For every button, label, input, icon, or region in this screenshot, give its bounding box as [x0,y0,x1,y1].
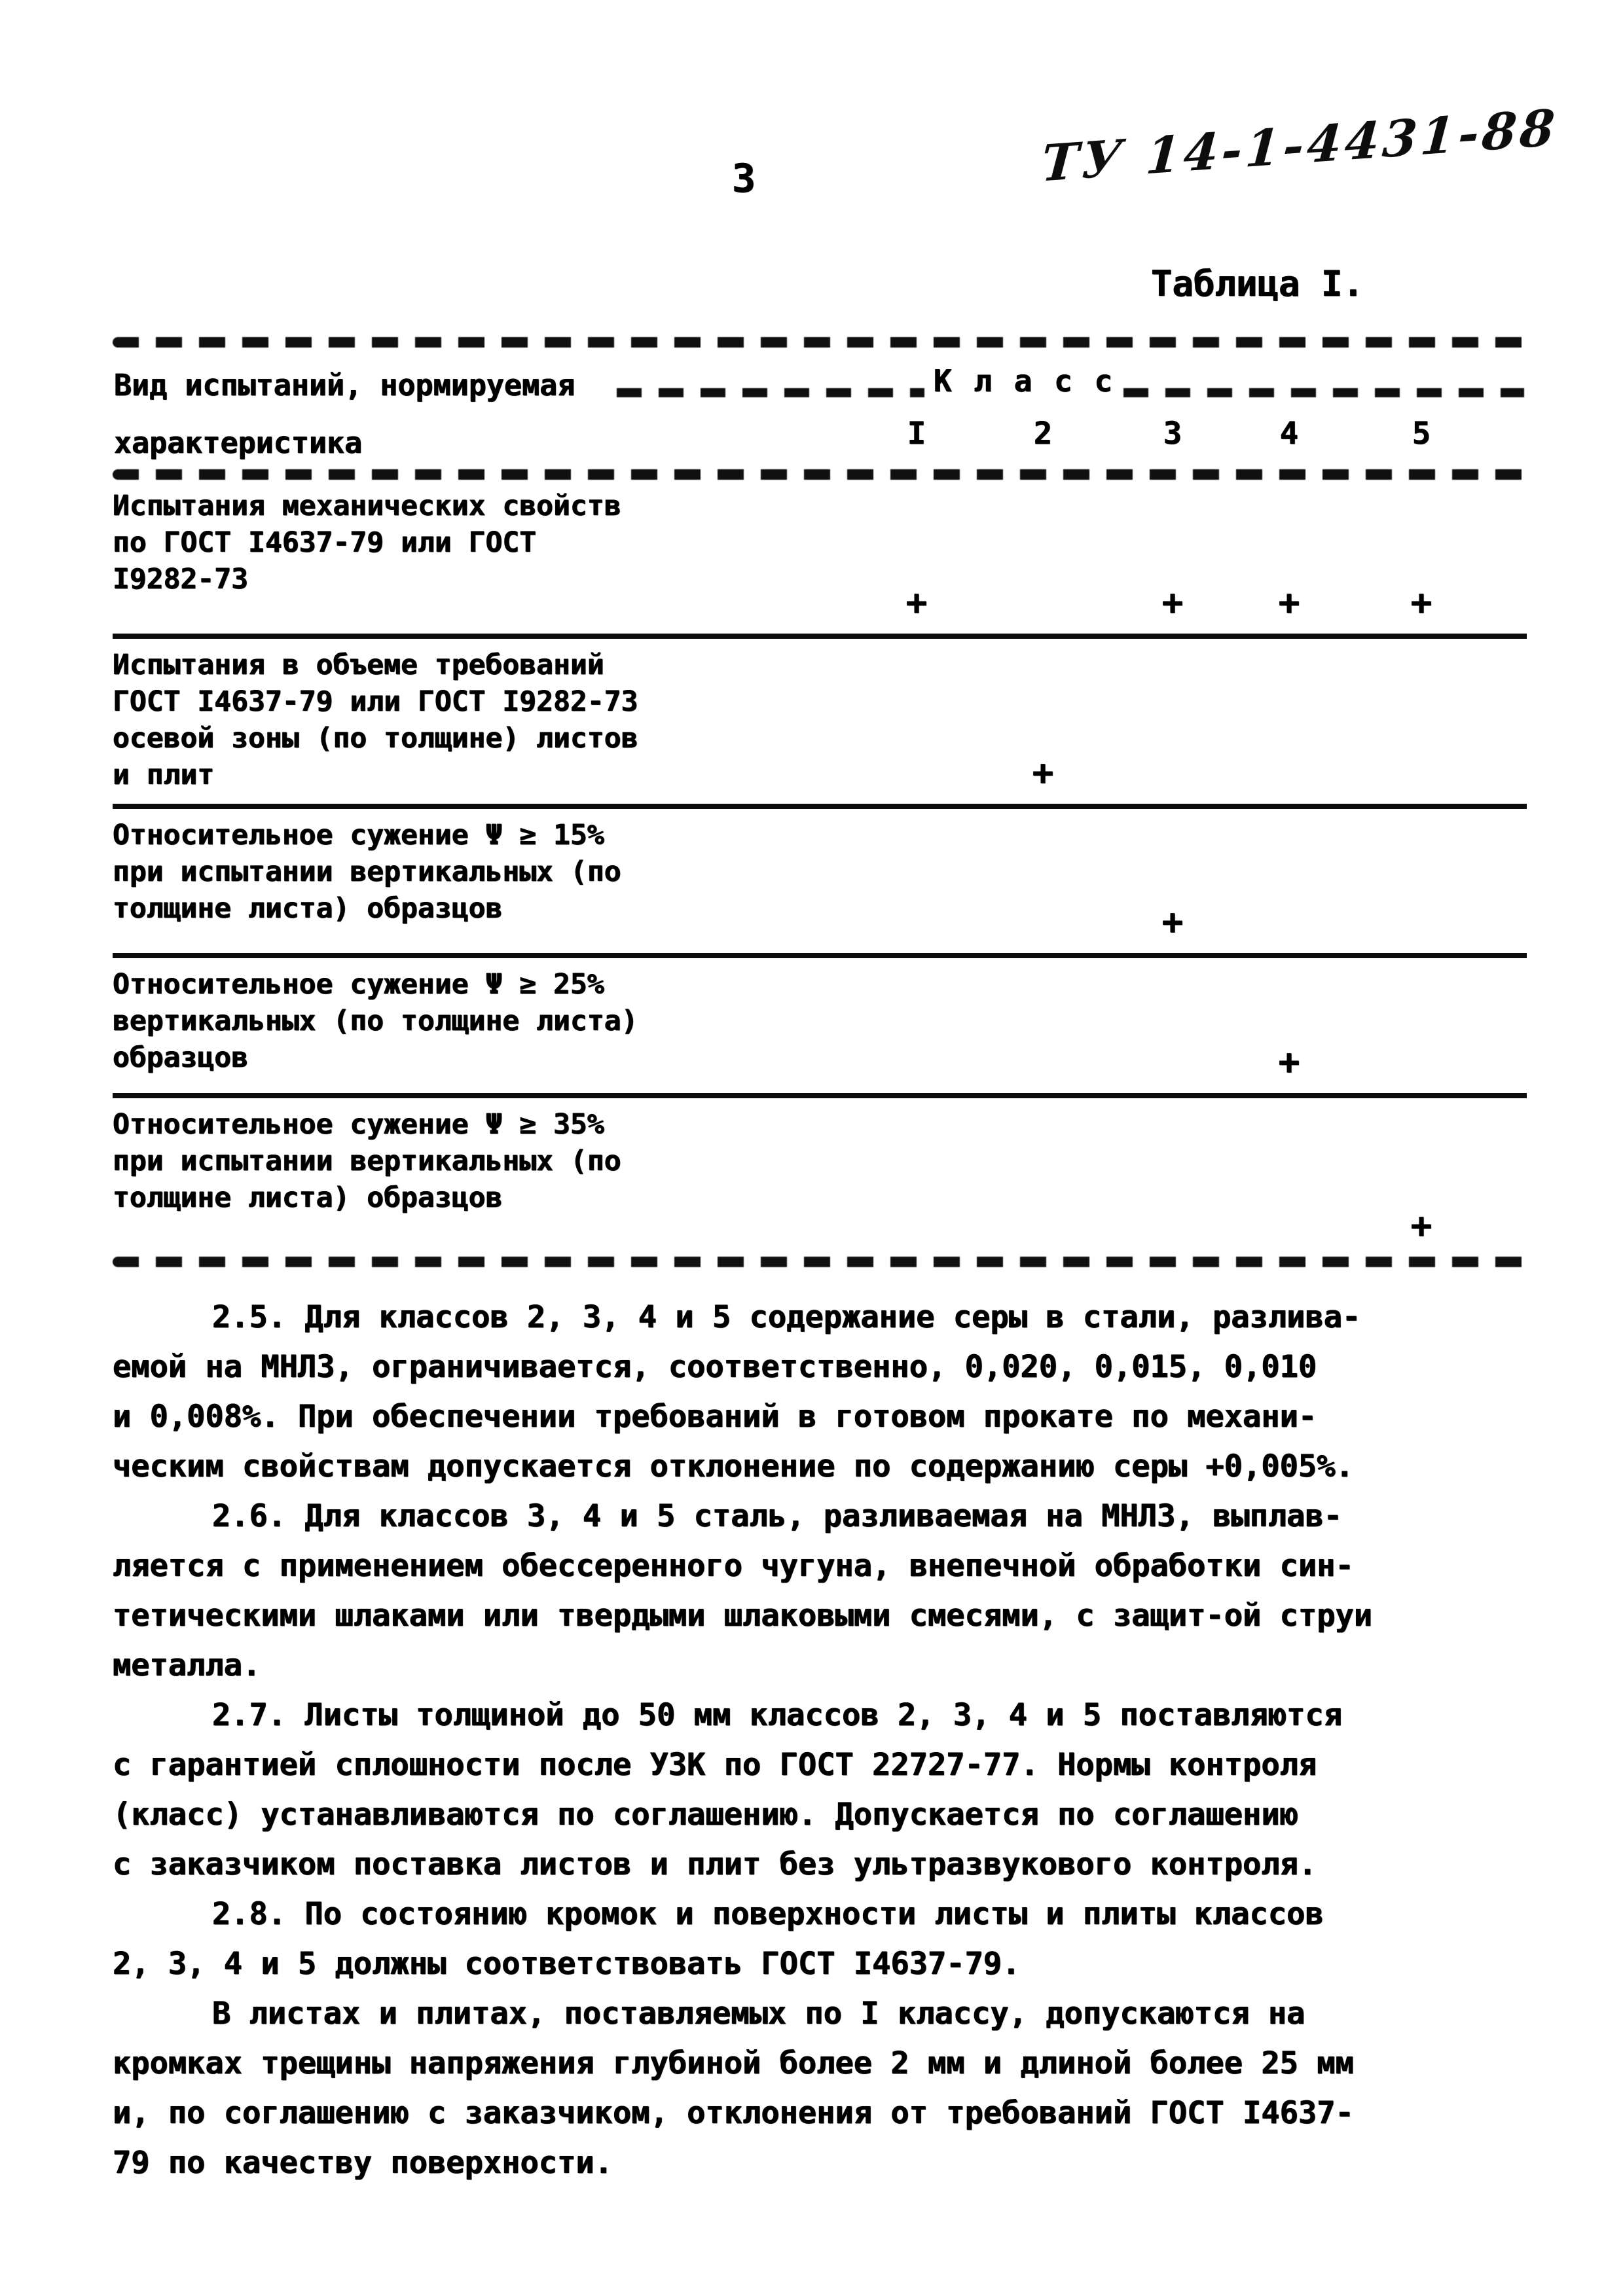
row-test-description: Относительное сужение Ψ ≥ 35% при испыта… [113,1106,872,1216]
plus-mark: + [1253,582,1325,623]
table-bottom-dashed-border [113,1257,1527,1267]
table-row: Относительное сужение Ψ ≥ 25% вертикальн… [113,958,1527,1098]
table-header: Вид испытаний, нормируемая характеристик… [113,348,1527,469]
table-row: Относительное сужение Ψ ≥ 35% при испыта… [113,1098,1527,1257]
paragraph-2-8: 2.8. По состоянию кромок и поверхности л… [113,1890,1540,1989]
plus-mark: + [1137,901,1209,942]
plus-mark: + [1137,582,1209,623]
paragraph-2-7: 2.7. Листы толщиной до 50 мм классов 2, … [113,1691,1540,1890]
header-class-numbers: I 2 3 4 5 [113,416,1527,459]
header-class-label: К л а с с [924,363,1123,399]
paragraph-2-8-continued: В листах и плитах, поставляемых по I кла… [113,1989,1540,2188]
table-header-dashed-border [113,469,1527,480]
test-classes-table: Вид испытаний, нормируемая характеристик… [113,337,1527,1267]
row-test-description: Испытания механических свойств по ГОСТ I… [113,488,872,598]
row-test-description: Относительное сужение Ψ ≥ 25% вертикальн… [113,966,872,1076]
class-column-4: 4 [1253,416,1325,452]
plus-mark: + [1007,752,1079,793]
table-row: Испытания в объеме требований ГОСТ I4637… [113,639,1527,809]
class-column-3: 3 [1137,416,1209,452]
document-page: 3 ТУ 14-1-4431-88 Таблица I. Вид испытан… [0,0,1623,2296]
doc-number-handwritten: ТУ 14-1-4431-88 [1040,98,1560,193]
dash-segment [617,388,924,397]
page-number: 3 [732,156,756,202]
class-column-1: I [881,416,953,452]
row-test-description: Относительное сужение Ψ ≥ 15% при испыта… [113,817,872,927]
dash-segment [1123,388,1524,397]
plus-mark: + [1253,1041,1325,1083]
plus-mark: + [881,582,953,623]
plus-mark: + [1385,582,1457,623]
table-top-dashed-border [113,337,1527,348]
paragraph-2-6: 2.6. Для классов 3, 4 и 5 сталь, разлива… [113,1492,1540,1691]
header-class-group: К л а с с [617,359,1524,403]
class-column-5: 5 [1385,416,1457,452]
paragraph-2-5: 2.5. Для классов 2, 3, 4 и 5 содержание … [113,1293,1540,1492]
body-text: 2.5. Для классов 2, 3, 4 и 5 содержание … [113,1293,1540,2188]
table-caption: Таблица I. [1151,263,1364,304]
table-row: Испытания механических свойств по ГОСТ I… [113,480,1527,639]
class-column-2: 2 [1007,416,1079,452]
row-test-description: Испытания в объеме требований ГОСТ I4637… [113,647,872,793]
plus-mark: + [1385,1205,1457,1246]
table-row: Относительное сужение Ψ ≥ 15% при испыта… [113,809,1527,958]
